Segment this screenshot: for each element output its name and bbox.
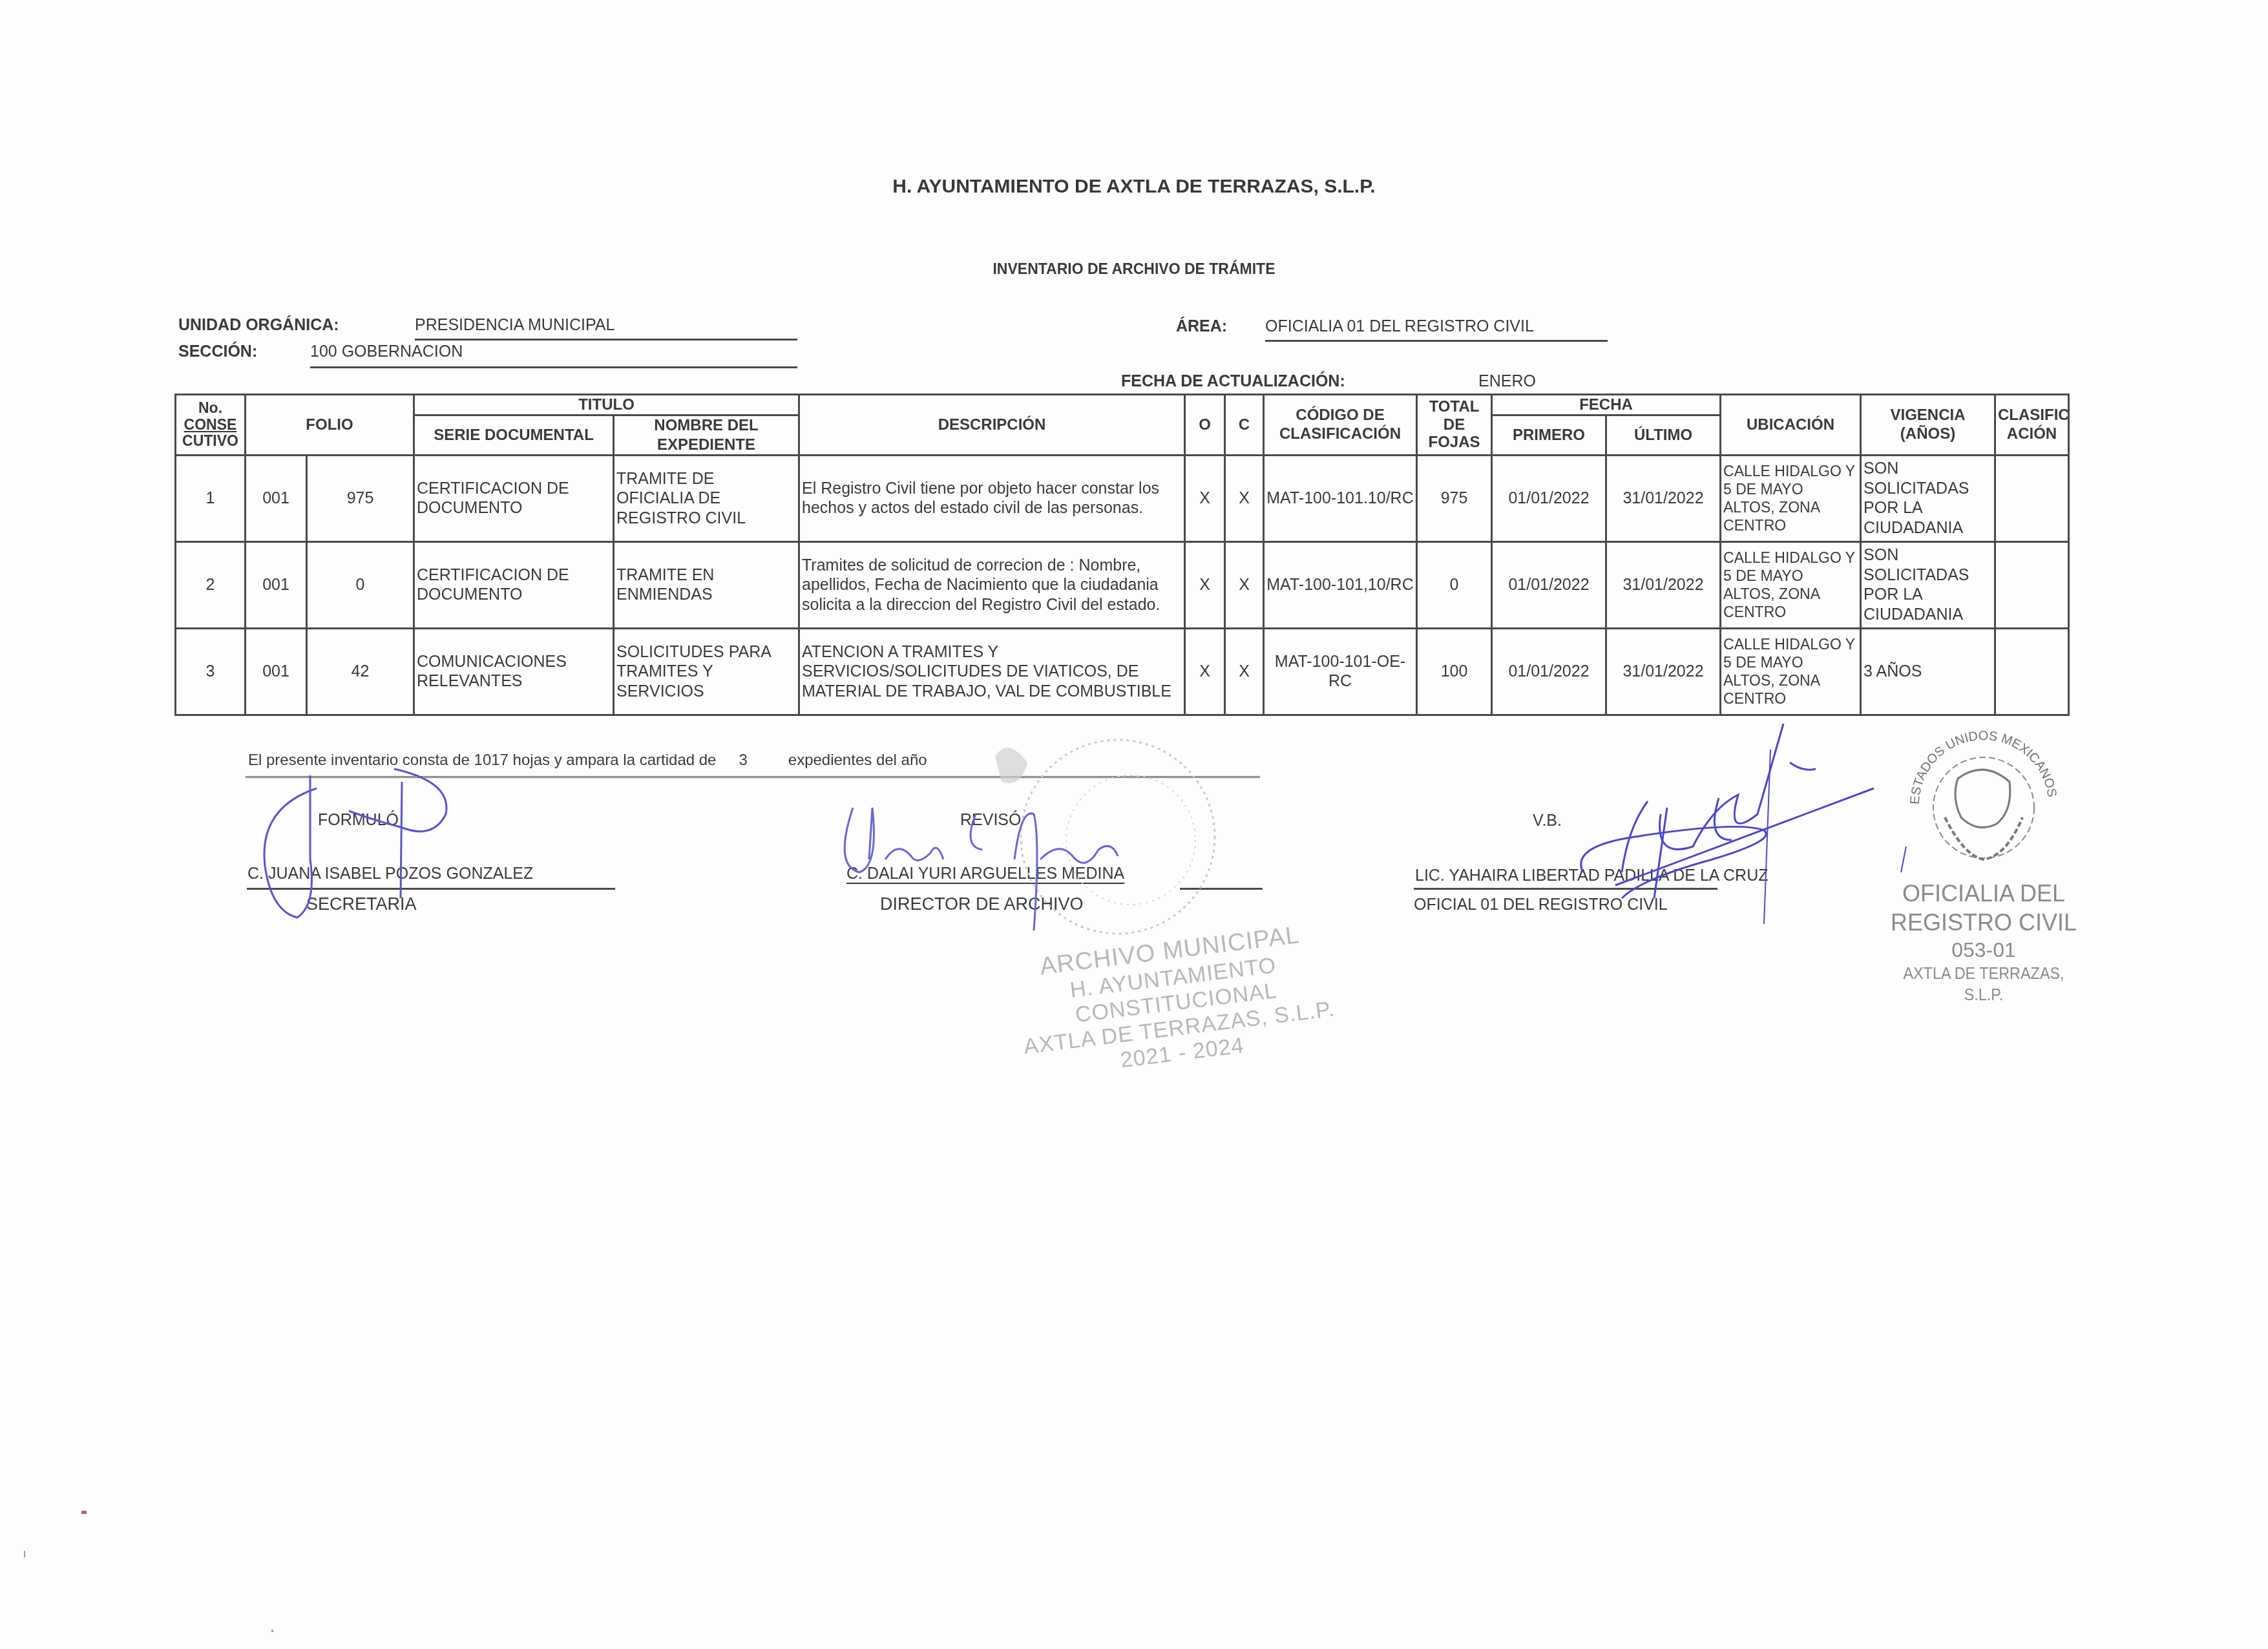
header-serie-documental: SERIE DOCUMENTAL — [414, 415, 614, 456]
header-descripcion: DESCRIPCIÓN — [799, 395, 1185, 456]
row-nombre: TRAMITE DE OFICIALIA DE REGISTRO CIVIL — [614, 455, 799, 541]
row-vigencia: 3 AÑOS — [1861, 628, 1995, 715]
header-o: O — [1185, 395, 1225, 456]
document-subtitle: INVENTARIO DE ARCHIVO DE TRÁMITE — [0, 260, 2268, 278]
row-serie: COMUNICACIONES RELEVANTES — [414, 628, 614, 715]
row-descripcion: ATENCION A TRAMITES Y SERVICIOS/SOLICITU… — [799, 628, 1185, 715]
area-value: OFICIALIA 01 DEL REGISTRO CIVIL — [1265, 317, 1608, 342]
row-codigo: MAT-100-101,10/RC — [1264, 541, 1417, 628]
table-row: 20010CERTIFICACION DE DOCUMENTOTRAMITE E… — [176, 541, 2069, 628]
inventory-table: No.CONSECUTIVO FOLIO TITULO DESCRIPCIÓN … — [174, 394, 2070, 716]
row-total-fojas: 0 — [1417, 541, 1492, 628]
header-titulo: TITULO — [414, 395, 799, 415]
seccion-value: 100 GOBERNACION — [310, 342, 797, 368]
dust-speck — [24, 1551, 25, 1557]
table-row: 300142COMUNICACIONES RELEVANTESSOLICITUD… — [176, 628, 2069, 715]
row-folio-a: 001 — [246, 455, 307, 541]
header-fecha: FECHA — [1492, 395, 1721, 415]
row-clasificacion — [1995, 455, 2069, 541]
row-c: X — [1225, 541, 1264, 628]
row-codigo: MAT-100-101-OE-RC — [1264, 628, 1417, 715]
row-clasificacion — [1995, 628, 2069, 715]
header-total-fojas: TOTALDEFOJAS — [1417, 395, 1492, 456]
row-codigo: MAT-100-101.10/RC — [1264, 455, 1417, 541]
header-folio: FOLIO — [246, 395, 414, 456]
row-primero: 01/01/2022 — [1492, 628, 1606, 715]
header-ultimo: ÚLTIMO — [1606, 415, 1721, 456]
row-o: X — [1185, 628, 1225, 715]
header-c: C — [1225, 395, 1264, 456]
row-no: 2 — [176, 541, 246, 628]
row-serie: CERTIFICACION DE DOCUMENTO — [414, 541, 614, 628]
row-o: X — [1185, 455, 1225, 541]
row-folio-b: 42 — [307, 628, 414, 715]
header-vigencia: VIGENCIA(AÑOS) — [1861, 395, 1995, 456]
row-clasificacion — [1995, 541, 2069, 628]
dust-speck — [81, 1511, 87, 1514]
header-codigo: CÓDIGO DECLASIFICACIÓN — [1264, 395, 1417, 456]
seccion-label: SECCIÓN: — [178, 342, 257, 361]
signature-ink-reviso — [827, 788, 1241, 937]
row-o: X — [1185, 541, 1225, 628]
row-nombre: SOLICITUDES PARA TRAMITES Y SERVICIOS — [614, 628, 799, 715]
row-ultimo: 31/01/2022 — [1606, 628, 1721, 715]
fecha-actualizacion-label: FECHA DE ACTUALIZACIÓN: — [1121, 372, 1345, 391]
header-nombre-expediente: NOMBRE DELEXPEDIENTE — [614, 415, 799, 456]
row-folio-b: 975 — [307, 455, 414, 541]
row-total-fojas: 100 — [1417, 628, 1492, 715]
row-ultimo: 31/01/2022 — [1606, 455, 1721, 541]
unidad-organica-label: UNIDAD ORGÁNICA: — [178, 316, 339, 335]
header-ubicacion: UBICACIÓN — [1721, 395, 1861, 456]
row-ubicacion: CALLE HIDALGO Y 5 DE MAYO ALTOS, ZONA CE… — [1721, 455, 1861, 541]
row-descripcion: Tramites de solicitud de correcion de : … — [799, 541, 1185, 628]
document-title: H. AYUNTAMIENTO DE AXTLA DE TERRAZAS, S.… — [0, 176, 2268, 198]
expedientes-count: 3 — [720, 751, 766, 770]
row-no: 3 — [176, 628, 246, 715]
signature-ink-vb — [1544, 711, 2126, 918]
row-vigencia: SON SOLICITADAS POR LA CIUDADANIA — [1861, 541, 1995, 628]
row-descripcion: El Registro Civil tiene por objeto hacer… — [799, 455, 1185, 541]
row-total-fojas: 975 — [1417, 455, 1492, 541]
unidad-organica-value: PRESIDENCIA MUNICIPAL — [415, 316, 797, 341]
fecha-actualizacion-value: ENERO — [1478, 372, 1536, 391]
row-c: X — [1225, 455, 1264, 541]
row-ubicacion: CALLE HIDALGO Y 5 DE MAYO ALTOS, ZONA CE… — [1721, 628, 1861, 715]
row-c: X — [1225, 628, 1264, 715]
row-primero: 01/01/2022 — [1492, 541, 1606, 628]
row-folio-a: 001 — [246, 541, 307, 628]
row-ubicacion: CALLE HIDALGO Y 5 DE MAYO ALTOS, ZONA CE… — [1721, 541, 1861, 628]
row-vigencia: SON SOLICITADAS POR LA CIUDADANIA — [1861, 455, 1995, 541]
area-label: ÁREA: — [1176, 317, 1227, 336]
header-primero: PRIMERO — [1492, 415, 1606, 456]
header-no-consecutivo: No.CONSECUTIVO — [176, 395, 246, 456]
row-serie: CERTIFICACION DE DOCUMENTO — [414, 455, 614, 541]
row-folio-a: 001 — [246, 628, 307, 715]
header-clasificacion: CLASIFICACIÓN — [1995, 395, 2069, 456]
signature-ink-formulo — [246, 762, 472, 930]
row-folio-b: 0 — [307, 541, 414, 628]
row-nombre: TRAMITE EN ENMIENDAS — [614, 541, 799, 628]
dust-speck — [271, 1630, 273, 1632]
row-primero: 01/01/2022 — [1492, 455, 1606, 541]
row-ultimo: 31/01/2022 — [1606, 541, 1721, 628]
table-row: 1001975CERTIFICACION DE DOCUMENTOTRAMITE… — [176, 455, 2069, 541]
row-no: 1 — [176, 455, 246, 541]
